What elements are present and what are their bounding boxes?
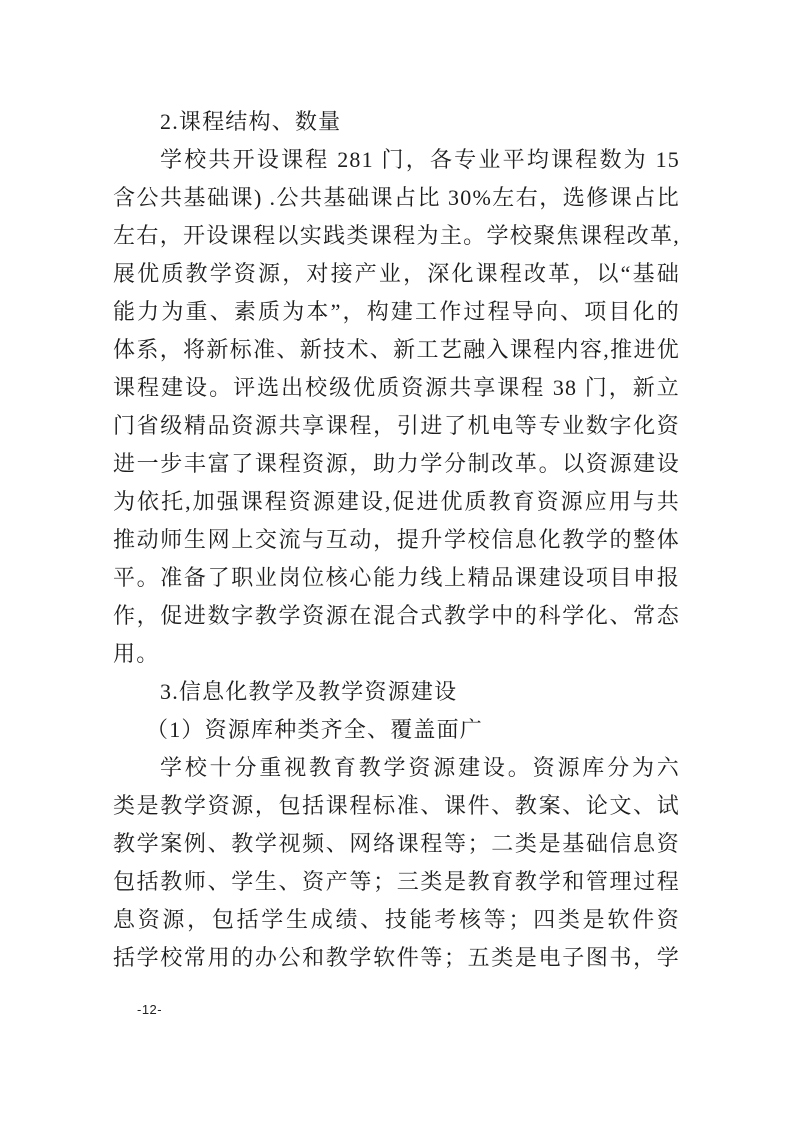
- document-page: 2.课程结构、数量学校共开设课程 281 门，各专业平均课程数为 15 门(不含…: [0, 0, 793, 1122]
- paragraph-line: 展优质教学资源，对接产业，深化课程改革，以“基础为实、: [113, 255, 680, 293]
- subheading-line: （1）资源库种类齐全、覆盖面广: [113, 711, 680, 749]
- paragraph-line: 息资源，包括学生成绩、技能考核等；四类是软件资源，包: [113, 901, 680, 939]
- document-body-text: 2.课程结构、数量学校共开设课程 281 门，各专业平均课程数为 15 门(不含…: [113, 103, 680, 977]
- paragraph-line: 左右，开设课程以实践类课程为主。学校聚焦课程改革,拓: [113, 217, 680, 255]
- paragraph-line: 推动师生网上交流与互动，提升学校信息化教学的整体水: [113, 521, 680, 559]
- paragraph-line: 用。: [113, 635, 680, 673]
- paragraph-line: 含公共基础课) .公共基础课占比 30%左右，选修课占比 10%: [113, 179, 680, 217]
- paragraph-line: 为依托,加强课程资源建设,促进优质教育资源应用与共享，: [113, 483, 680, 521]
- paragraph-line: 门省级精品资源共享课程，引进了机电等专业数字化资源，: [113, 407, 680, 445]
- paragraph-line: 括学校常用的办公和教学软件等；五类是电子图书，学校与: [113, 939, 680, 977]
- paragraph-line: 包括教师、学生、资产等；三类是教育教学和管理过程性信: [113, 863, 680, 901]
- paragraph-line: 进一步丰富了课程资源，助力学分制改革。以资源建设平台: [113, 445, 680, 483]
- heading-line: 2.课程结构、数量: [113, 103, 680, 141]
- paragraph-line: 学校十分重视教育教学资源建设。资源库分为六类：一: [113, 749, 680, 787]
- heading-line: 3.信息化教学及教学资源建设: [113, 673, 680, 711]
- paragraph-line: 能力为重、素质为本”，构建工作过程导向、项目化的课程: [113, 293, 680, 331]
- paragraph-line: 平。准备了职业岗位核心能力线上精品课建设项目申报工: [113, 559, 680, 597]
- page-number: -12-: [137, 1002, 162, 1017]
- paragraph-line: 体系，将新标准、新技术、新工艺融入课程内容,推进优质: [113, 331, 680, 369]
- paragraph-line: 作，促进数字教学资源在混合式教学中的科学化、常态化应: [113, 597, 680, 635]
- paragraph-line: 学校共开设课程 281 门，各专业平均课程数为 15 门(不: [113, 141, 680, 179]
- paragraph-line: 类是教学资源，包括课程标准、课件、教案、论文、试题库、: [113, 787, 680, 825]
- paragraph-line: 课程建设。评选出校级优质资源共享课程 38 门，新立项 3: [113, 369, 680, 407]
- paragraph-line: 教学案例、教学视频、网络课程等；二类是基础信息资源，: [113, 825, 680, 863]
